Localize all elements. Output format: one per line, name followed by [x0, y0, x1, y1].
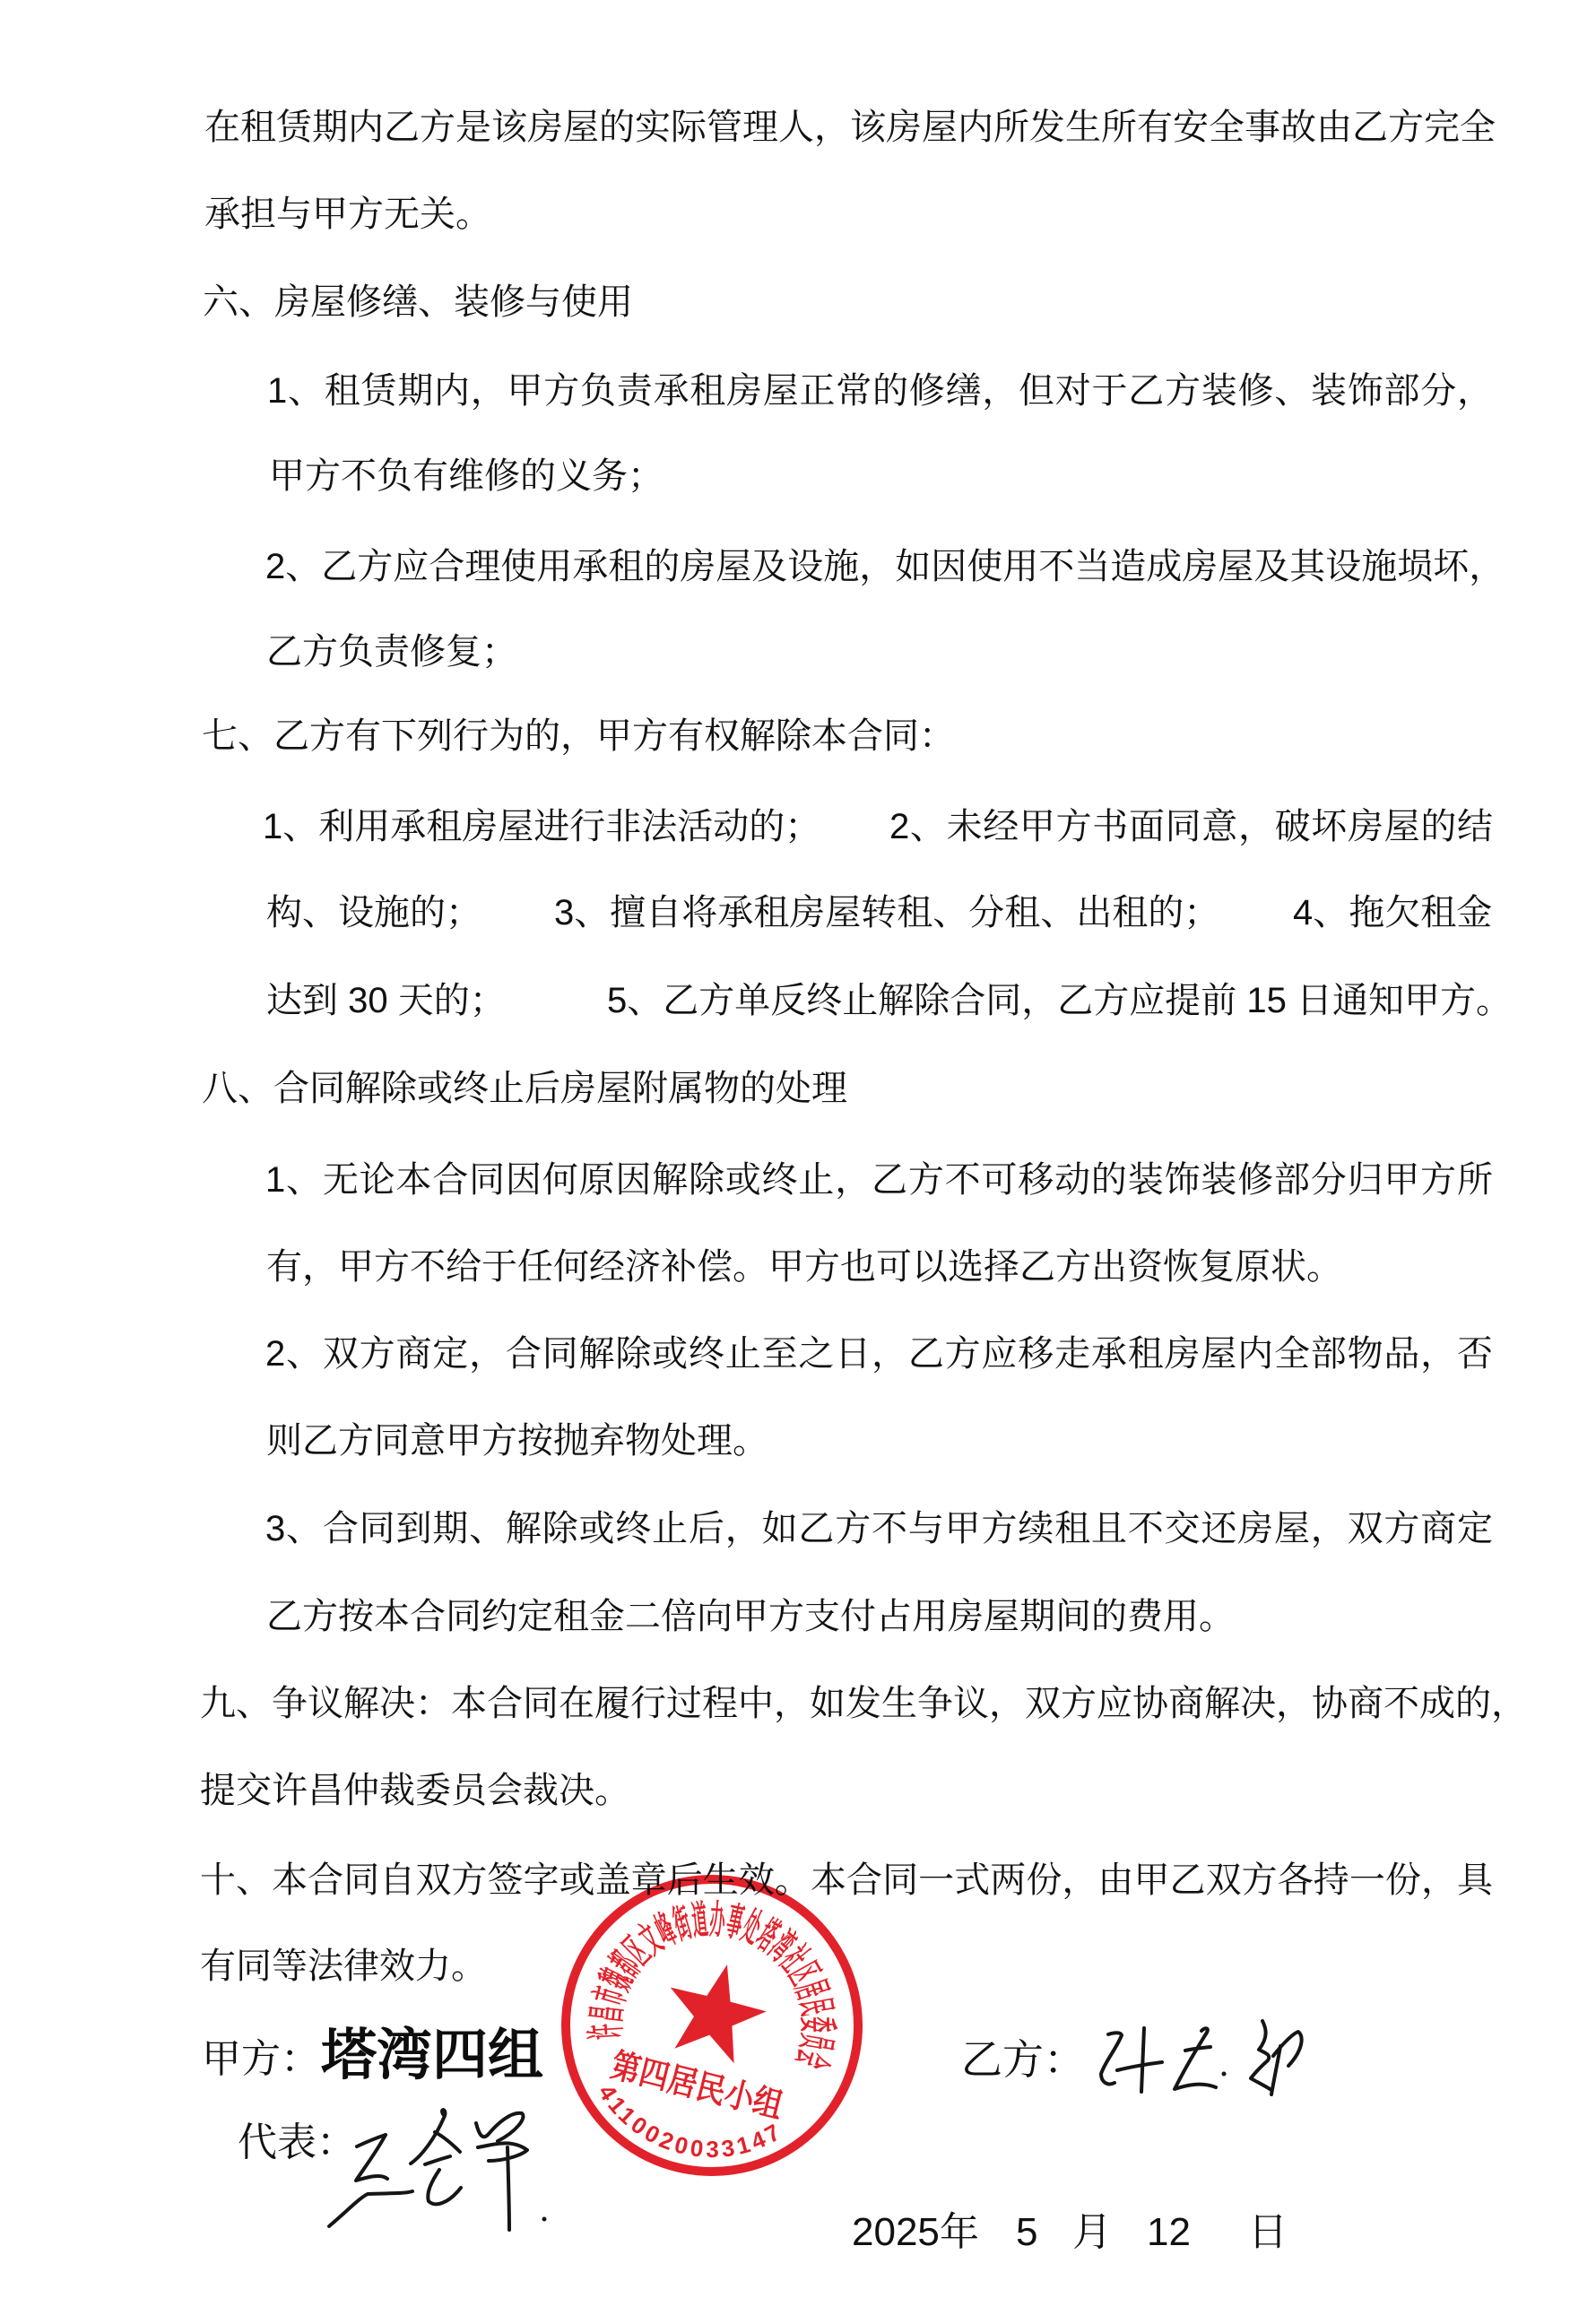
stamp-code: 4110020033147 — [583, 2076, 789, 2183]
stamp-center-text: 第四居民小组 — [607, 2047, 786, 2126]
clause8-heading: 八、合同解除或终止后房屋附属物的处理 — [202, 1066, 847, 1111]
clause7-item-2-part-1: 2、未经甲方书面同意，破坏房屋的结 — [889, 804, 1493, 849]
clause8-item1-line-1: 1、无论本合同因何原因解除或终止，乙方不可移动的装饰装修部分归甲方所 — [265, 1158, 1493, 1202]
clause5-line-2: 承担与甲方无关。 — [204, 192, 491, 237]
clause10-line-2: 有同等法律效力。 — [200, 1944, 487, 1989]
clause6-item1-line-2: 甲方不负有维修的义务； — [269, 454, 664, 499]
date-month: 5 — [1016, 2207, 1037, 2258]
clause5-line-1: 在租赁期内乙方是该房屋的实际管理人，该房屋内所发生所有安全事故由乙方完全 — [204, 105, 1493, 150]
party-a-name: 塔湾四组 — [321, 2025, 543, 2087]
clause6-heading: 六、房屋修缮、装修与使用 — [203, 280, 633, 325]
clause7-item-5: 5、乙方单反终止解除合同，乙方应提前 15 日通知甲方。 — [607, 978, 1512, 1023]
clause9-line-2: 提交许昌仲裁委员会裁决。 — [200, 1768, 630, 1813]
clause8-item3-line-1: 3、合同到期、解除或终止后，如乙方不与甲方续租且不交还房屋，双方商定 — [265, 1506, 1493, 1551]
clause6-item2-line-1: 2、乙方应合理使用承租的房屋及设施，如因使用不当造成房屋及其设施埙坏， — [265, 544, 1493, 589]
star-icon — [656, 1953, 776, 2068]
date-day: 12 — [1147, 2207, 1191, 2258]
clause7-item-4-part-2: 达到 30 天的； — [266, 978, 506, 1023]
party-b-label: 乙方： — [961, 2034, 1085, 2085]
representative-label: 代表： — [238, 2118, 356, 2168]
clause9-line-1: 九、争议解决：本合同在履行过程中，如发生争议，双方应协商解决，协商不成的， — [200, 1681, 1493, 1726]
clause8-item3-line-2: 乙方按本合同约定租金二倍向甲方支付占用房屋期间的费用。 — [266, 1594, 1235, 1639]
date-day-unit: 日 — [1248, 2207, 1288, 2258]
clause8-item1-line-2: 有，甲方不给于任何经济补偿。甲方也可以选择乙方出资恢复原状。 — [266, 1244, 1342, 1289]
clause6-item2-line-2: 乙方负责修复； — [266, 629, 517, 674]
stamp-outer-text: 许昌市魏都区文峰街道办事处塔湾社区居民委员会 — [577, 1871, 867, 2101]
date-month-unit: 月 — [1072, 2207, 1112, 2258]
party-a-label: 甲方： — [202, 2034, 320, 2085]
clause7-heading: 七、乙方有下列行为的，甲方有权解除本合同： — [202, 714, 955, 759]
clause6-item1-line-1: 1、租赁期内，甲方负责承租房屋正常的修缮，但对于乙方装修、装饰部分， — [267, 369, 1493, 413]
clause7-item-4-part-1: 4、拖欠租金 — [1293, 890, 1492, 935]
clause7-item-1: 1、利用承租房屋进行非法活动的； — [263, 804, 820, 849]
party-b-signature-icon — [1101, 2021, 1302, 2094]
clause10-line-1: 十、本合同自双方签字或盖章后生效。本合同一式两份，由甲乙双方各持一份，具 — [200, 1858, 1493, 1903]
clause8-item2-line-1: 2、双方商定，合同解除或终止至之日，乙方应移走承租房屋内全部物品，否 — [265, 1331, 1493, 1376]
date-year: 2025 — [852, 2207, 940, 2258]
representative-signature-icon — [329, 2110, 547, 2230]
clause7-item-2-part-2: 构、设施的； — [266, 890, 481, 935]
clause7-item-3: 3、擅自将承租房屋转租、分租、出租的； — [554, 890, 1219, 935]
clause8-item2-line-2: 则乙方同意甲方按抛弃物处理。 — [266, 1418, 768, 1463]
date-year-unit: 年 — [940, 2207, 979, 2258]
